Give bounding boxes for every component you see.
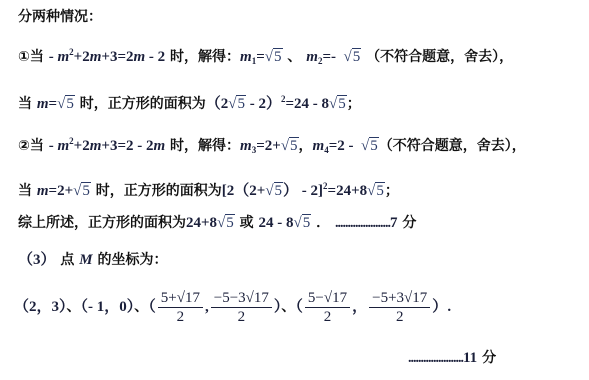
comma: , (205, 299, 209, 315)
label: 点 (60, 252, 74, 268)
var-m1: m (240, 49, 252, 65)
numerator: −5+3√17 (369, 289, 430, 308)
value1: 24+8√5 (186, 214, 235, 231)
fraction: −5+3√172 (369, 289, 430, 326)
var-m2: m (306, 49, 318, 65)
heading: 分两种情况： (18, 7, 102, 27)
denominator: 2 (305, 308, 350, 326)
summary-line: 综上所述，正方形的面积为24+8√5 或 24 - 8√5 ． ........… (18, 213, 416, 234)
punct: . (447, 299, 451, 315)
leader-dots: ...................... (408, 351, 463, 366)
label: 或 (240, 215, 254, 231)
paren-open: （ (295, 299, 303, 315)
point-name: M (79, 252, 92, 268)
label: 当 (30, 49, 44, 65)
separator: 、 (287, 49, 301, 65)
value-m2: =- √5 (322, 48, 361, 65)
var-m3: m (240, 138, 252, 154)
coord-1: （2，3） (14, 299, 67, 315)
denominator: 2 (211, 308, 272, 326)
case2-line: ②当 - m2+2m+3=2 - 2m 时，解得：m3=2+√5，m4=2 - … (18, 131, 526, 160)
denominator: 2 (369, 308, 430, 326)
paren-close: ） (432, 299, 447, 315)
coord-2: （- 1，0） (81, 299, 135, 315)
score-unit: 分 (482, 350, 496, 366)
label: 的坐标为： (97, 252, 167, 268)
part-label: （3） (18, 252, 56, 268)
note: （不符合题意，舍去）， (379, 138, 526, 154)
condition: m=2+√5 (37, 182, 91, 199)
condition: m=√5 (37, 95, 75, 112)
equation: - m2+2m+3=2m - 2 (49, 49, 165, 65)
fraction: −5−3√172 (211, 289, 272, 326)
numerator: 5−√17 (305, 289, 350, 308)
case-marker: ② (18, 138, 30, 154)
label: 时，解得： (170, 49, 240, 65)
var-m4: m (313, 138, 325, 154)
case2-area-line: 当 m=2+√5 时，正方形的面积为[2（2+√5） - 2]2=24+8√5； (18, 176, 399, 201)
case1-line: ①当 - m2+2m+3=2m - 2 时，解得：m1=√5 、 m2=- √5… (18, 42, 513, 71)
separator: ， (299, 138, 313, 154)
value-m3: =2+√5 (256, 137, 298, 154)
part3-line: （3） 点 M 的坐标为： (18, 250, 167, 270)
equation: - m2+2m+3=2 - 2m (49, 138, 165, 154)
denominator: 2 (158, 308, 203, 326)
leader-dots: ...................... (335, 216, 390, 231)
final-score-line: ......................11 分 (408, 348, 496, 369)
value-m1: =√5 (256, 48, 282, 65)
punct: ． (316, 215, 330, 231)
value-m4: =2 - √5 (329, 137, 379, 154)
value2: 24 - 8√5 (259, 214, 312, 231)
label: 综上所述，正方形的面积为 (18, 215, 186, 231)
note: （不符合题意，舍去）， (366, 49, 513, 65)
expression: （2√5 - 2）2=24 - 8√5 (206, 96, 347, 112)
comma: ， (352, 299, 367, 315)
case1-area-line: 当 m=√5 时，正方形的面积为（2√5 - 2）2=24 - 8√5； (18, 89, 361, 114)
separator: 、 (134, 299, 148, 315)
numerator: 5+√17 (158, 289, 203, 308)
paren-open: （ (148, 299, 156, 315)
label: 当 (18, 96, 32, 112)
coords-line: （2，3）、（- 1，0）、（5+√172,−5−3√172）、（5−√172，… (14, 288, 451, 326)
label: 当 (18, 183, 32, 199)
label: 时，正方形的面积为 (80, 96, 206, 112)
score: 7 (390, 215, 398, 231)
score: 11 (463, 350, 477, 366)
punct: ； (385, 183, 399, 199)
separator: 、 (281, 299, 295, 315)
label: 时，解得： (170, 138, 240, 154)
numerator: −5−3√17 (211, 289, 272, 308)
label: 当 (30, 138, 44, 154)
fraction: 5−√172 (305, 289, 350, 326)
separator: 、 (67, 299, 81, 315)
score-unit: 分 (402, 215, 416, 231)
fraction: 5+√172 (158, 289, 203, 326)
expression: [2（2+√5） - 2]2=24+8√5 (222, 183, 385, 199)
case-marker: ① (18, 49, 30, 65)
heading-text: 分两种情况： (18, 9, 102, 25)
punct: ； (347, 96, 361, 112)
label: 时，正方形的面积为 (96, 183, 222, 199)
